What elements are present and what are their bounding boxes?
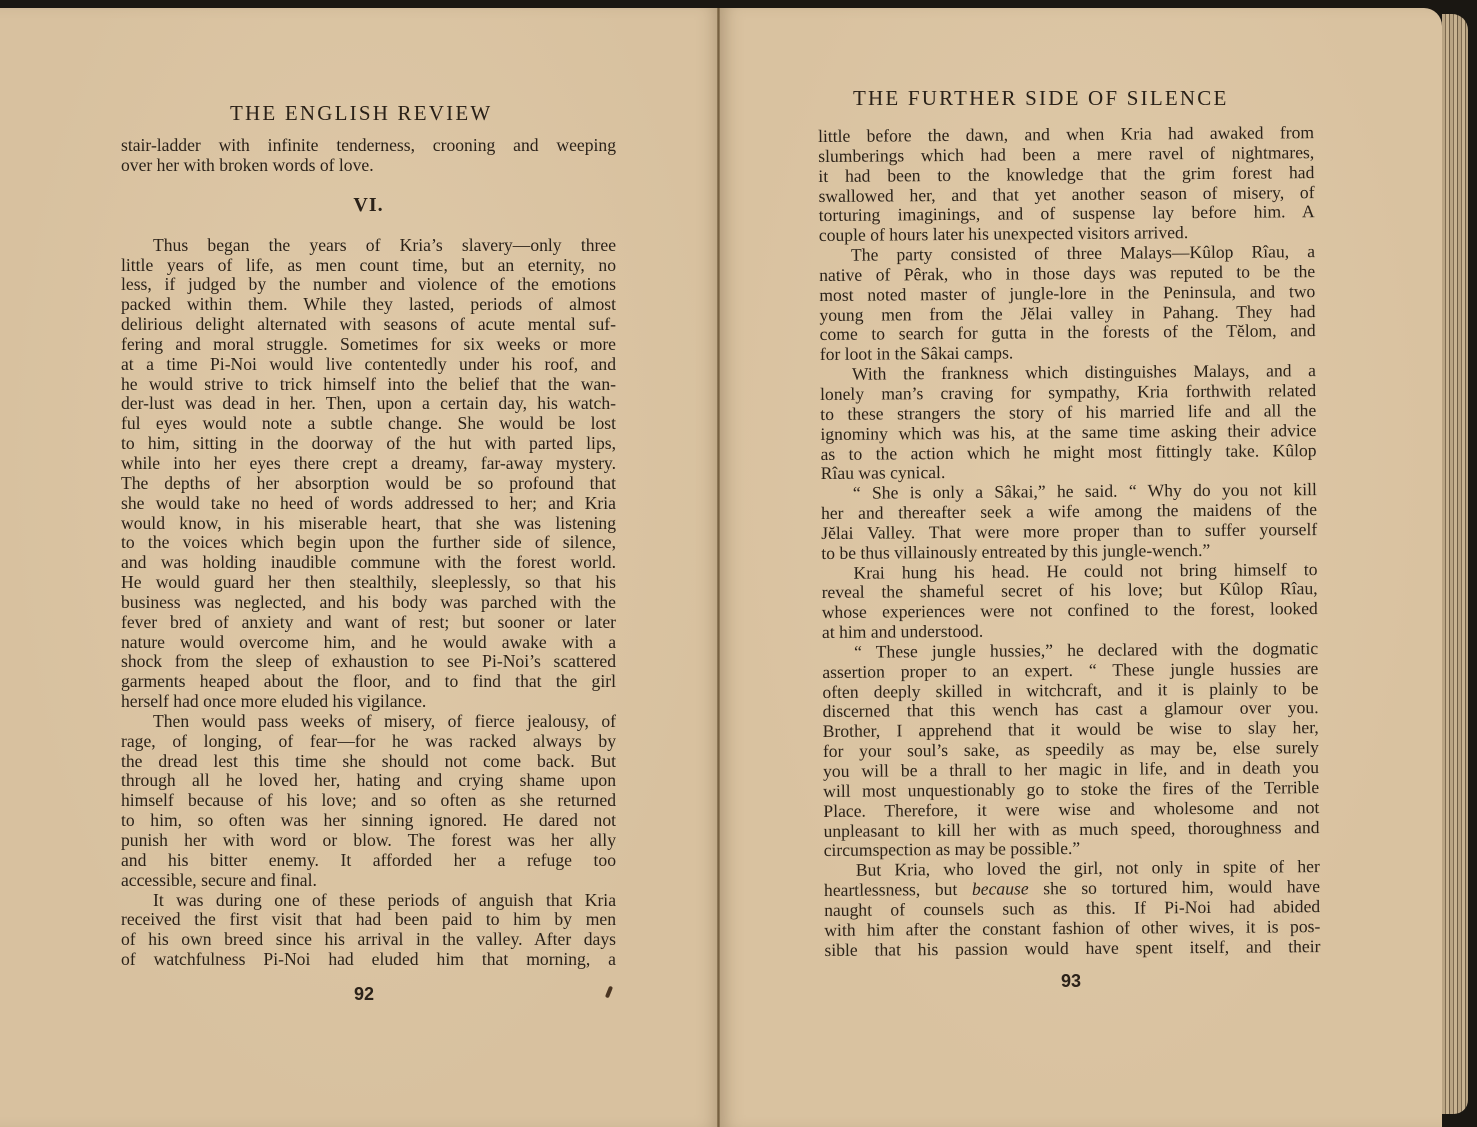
text-line: delirious delight alternated with season… — [121, 315, 616, 335]
text-line: shock from the sleep of exhaustion to se… — [121, 652, 616, 672]
text-line: of watchfulness Pi-Noi had eluded him th… — [121, 950, 616, 970]
text-line: he would strive to trick himself into th… — [121, 375, 616, 395]
text-line: business was neglected, and his body was… — [121, 593, 616, 613]
right-page-body: little before the dawn, and when Kria ha… — [818, 123, 1321, 960]
section-heading: VI. — [121, 196, 616, 216]
text-line: sible that his passion would have spent … — [824, 937, 1320, 961]
text-line: rage, of longing, of fear—for he was rac… — [121, 732, 616, 752]
text-line: fever bred of anxiety and want of rest; … — [121, 613, 616, 633]
left-page: THE ENGLISH REVIEW stair-ladder with inf… — [0, 8, 720, 1127]
ink-mark — [605, 986, 613, 999]
text-line: The depths of her absorption would be so… — [121, 474, 616, 494]
text-line: to the voices which begin upon the furth… — [121, 533, 616, 553]
text-line: packed within them. While they lasted, p… — [121, 295, 616, 315]
text-line: fering and moral struggle. Sometimes for… — [121, 335, 616, 355]
text-line: of his own breed since his arrival in th… — [121, 930, 616, 950]
text-line: punish her with word or blow. The forest… — [121, 831, 616, 851]
running-head-left: THE ENGLISH REVIEW — [230, 101, 492, 126]
left-page-body: stair-ladder with infinite tenderness, c… — [121, 136, 616, 970]
text-line: whose experiences were not confined to t… — [822, 599, 1318, 623]
text-line: ful eyes would note a subtle change. She… — [121, 414, 616, 434]
text-line: the dread lest this time she should not … — [121, 752, 616, 772]
running-head-right: THE FURTHER SIDE OF SILENCE — [853, 86, 1228, 111]
text-line: himself because of his love; and so ofte… — [121, 791, 616, 811]
text-line: garments heaped about the floor, and to … — [121, 672, 616, 692]
text-line: while into her eyes there crept a dreamy… — [121, 454, 616, 474]
open-book-spread: THE ENGLISH REVIEW stair-ladder with inf… — [0, 8, 1477, 1127]
text-line: to him, sitting in the doorway of the hu… — [121, 434, 616, 454]
text-fragment: heartlessness, but — [824, 879, 972, 900]
text-line: and was holding inaudible commune with t… — [121, 553, 616, 573]
text-line: It was during one of these periods of an… — [121, 891, 616, 911]
page-number-right: 93 — [1061, 971, 1081, 992]
page-fore-edge — [1442, 14, 1468, 1114]
text-line: Thus began the years of Kria’s slavery—o… — [121, 236, 616, 256]
text-line: received the first visit that had been p… — [121, 910, 616, 930]
page-number-left: 92 — [354, 984, 374, 1005]
text-line: less, if judged by the number and violen… — [121, 275, 616, 295]
text-line: would know, in his miserable heart, that… — [121, 514, 616, 534]
text-line: to him, so often was her sinning ignored… — [121, 811, 616, 831]
text-line: and his bitter enemy. It afforded her a … — [121, 851, 616, 871]
italic-word: because — [972, 878, 1029, 898]
book-gutter — [717, 8, 720, 1127]
text-line: stair-ladder with infinite tenderness, c… — [121, 136, 616, 156]
text-line: over her with broken words of love. — [121, 156, 616, 176]
text-line: nature would overcome him, and he would … — [121, 633, 616, 653]
text-line: accessible, secure and final. — [121, 871, 616, 891]
right-page: THE FURTHER SIDE OF SILENCE little befor… — [720, 8, 1442, 1127]
text-line: little years of life, as men count time,… — [121, 256, 616, 276]
text-line: through all he loved her, hating and cry… — [121, 771, 616, 791]
text-fragment: she so tortured him, would have — [1029, 876, 1321, 898]
text-line: He would guard her then stealthily, slee… — [121, 573, 616, 593]
text-line: she would take no heed of words addresse… — [121, 494, 616, 514]
text-line: der-lust was dead in her. Then, upon a c… — [121, 394, 616, 414]
text-line: Then would pass weeks of misery, of fier… — [121, 712, 616, 732]
text-line: at a time Pi-Noi would live contentedly … — [121, 355, 616, 375]
text-line: herself had once more eluded his vigilan… — [121, 692, 616, 712]
